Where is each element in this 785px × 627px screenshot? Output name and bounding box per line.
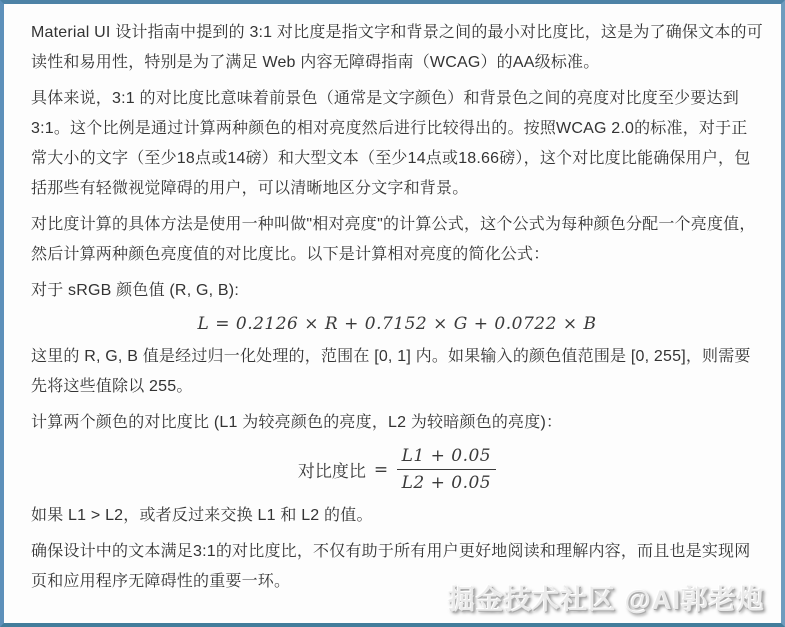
- paragraph-explanation: 具体来说，3:1 的对比度比意味着前景色（通常是文字颜色）和背景色之间的亮度对比…: [31, 84, 763, 204]
- contrast-formula-label: 对比度比: [298, 457, 366, 482]
- paragraph-conclusion: 确保设计中的文本满足3:1的对比度比，不仅有助于所有用户更好地阅读和理解内容，而…: [31, 537, 763, 597]
- paragraph-normalization: 这里的 R, G, B 值是经过归一化处理的，范围在 [0, 1] 内。如果输入…: [31, 342, 763, 402]
- document-page: Material UI 设计指南中提到的 3:1 对比度是指文字和背景之间的最小…: [0, 0, 785, 627]
- contrast-formula-numerator: L1 + 0.05: [397, 446, 497, 470]
- luminance-formula-text: L = 0.2126 × R + 0.7152 × G + 0.0722 × B: [198, 314, 597, 334]
- paragraph-contrast-intro: 计算两个颜色的对比度比 (L1 为较亮颜色的亮度，L2 为较暗颜色的亮度)：: [31, 408, 763, 438]
- luminance-formula: L = 0.2126 × R + 0.7152 × G + 0.0722 × B: [31, 314, 763, 334]
- paragraph-method: 对比度计算的具体方法是使用一种叫做"相对亮度"的计算公式，这个公式为每种颜色分配…: [31, 210, 763, 270]
- contrast-formula-denominator: L2 + 0.05: [397, 470, 497, 493]
- contrast-formula-equals: =: [374, 460, 389, 480]
- paragraph-swap-note: 如果 L1 > L2，或者反过来交换 L1 和 L2 的值。: [31, 501, 763, 531]
- contrast-formula: 对比度比 = L1 + 0.05 L2 + 0.05: [31, 446, 763, 493]
- paragraph-intro: Material UI 设计指南中提到的 3:1 对比度是指文字和背景之间的最小…: [31, 18, 763, 78]
- srgb-label: 对于 sRGB 颜色值 (R, G, B):: [31, 276, 763, 306]
- contrast-formula-fraction: L1 + 0.05 L2 + 0.05: [397, 446, 497, 493]
